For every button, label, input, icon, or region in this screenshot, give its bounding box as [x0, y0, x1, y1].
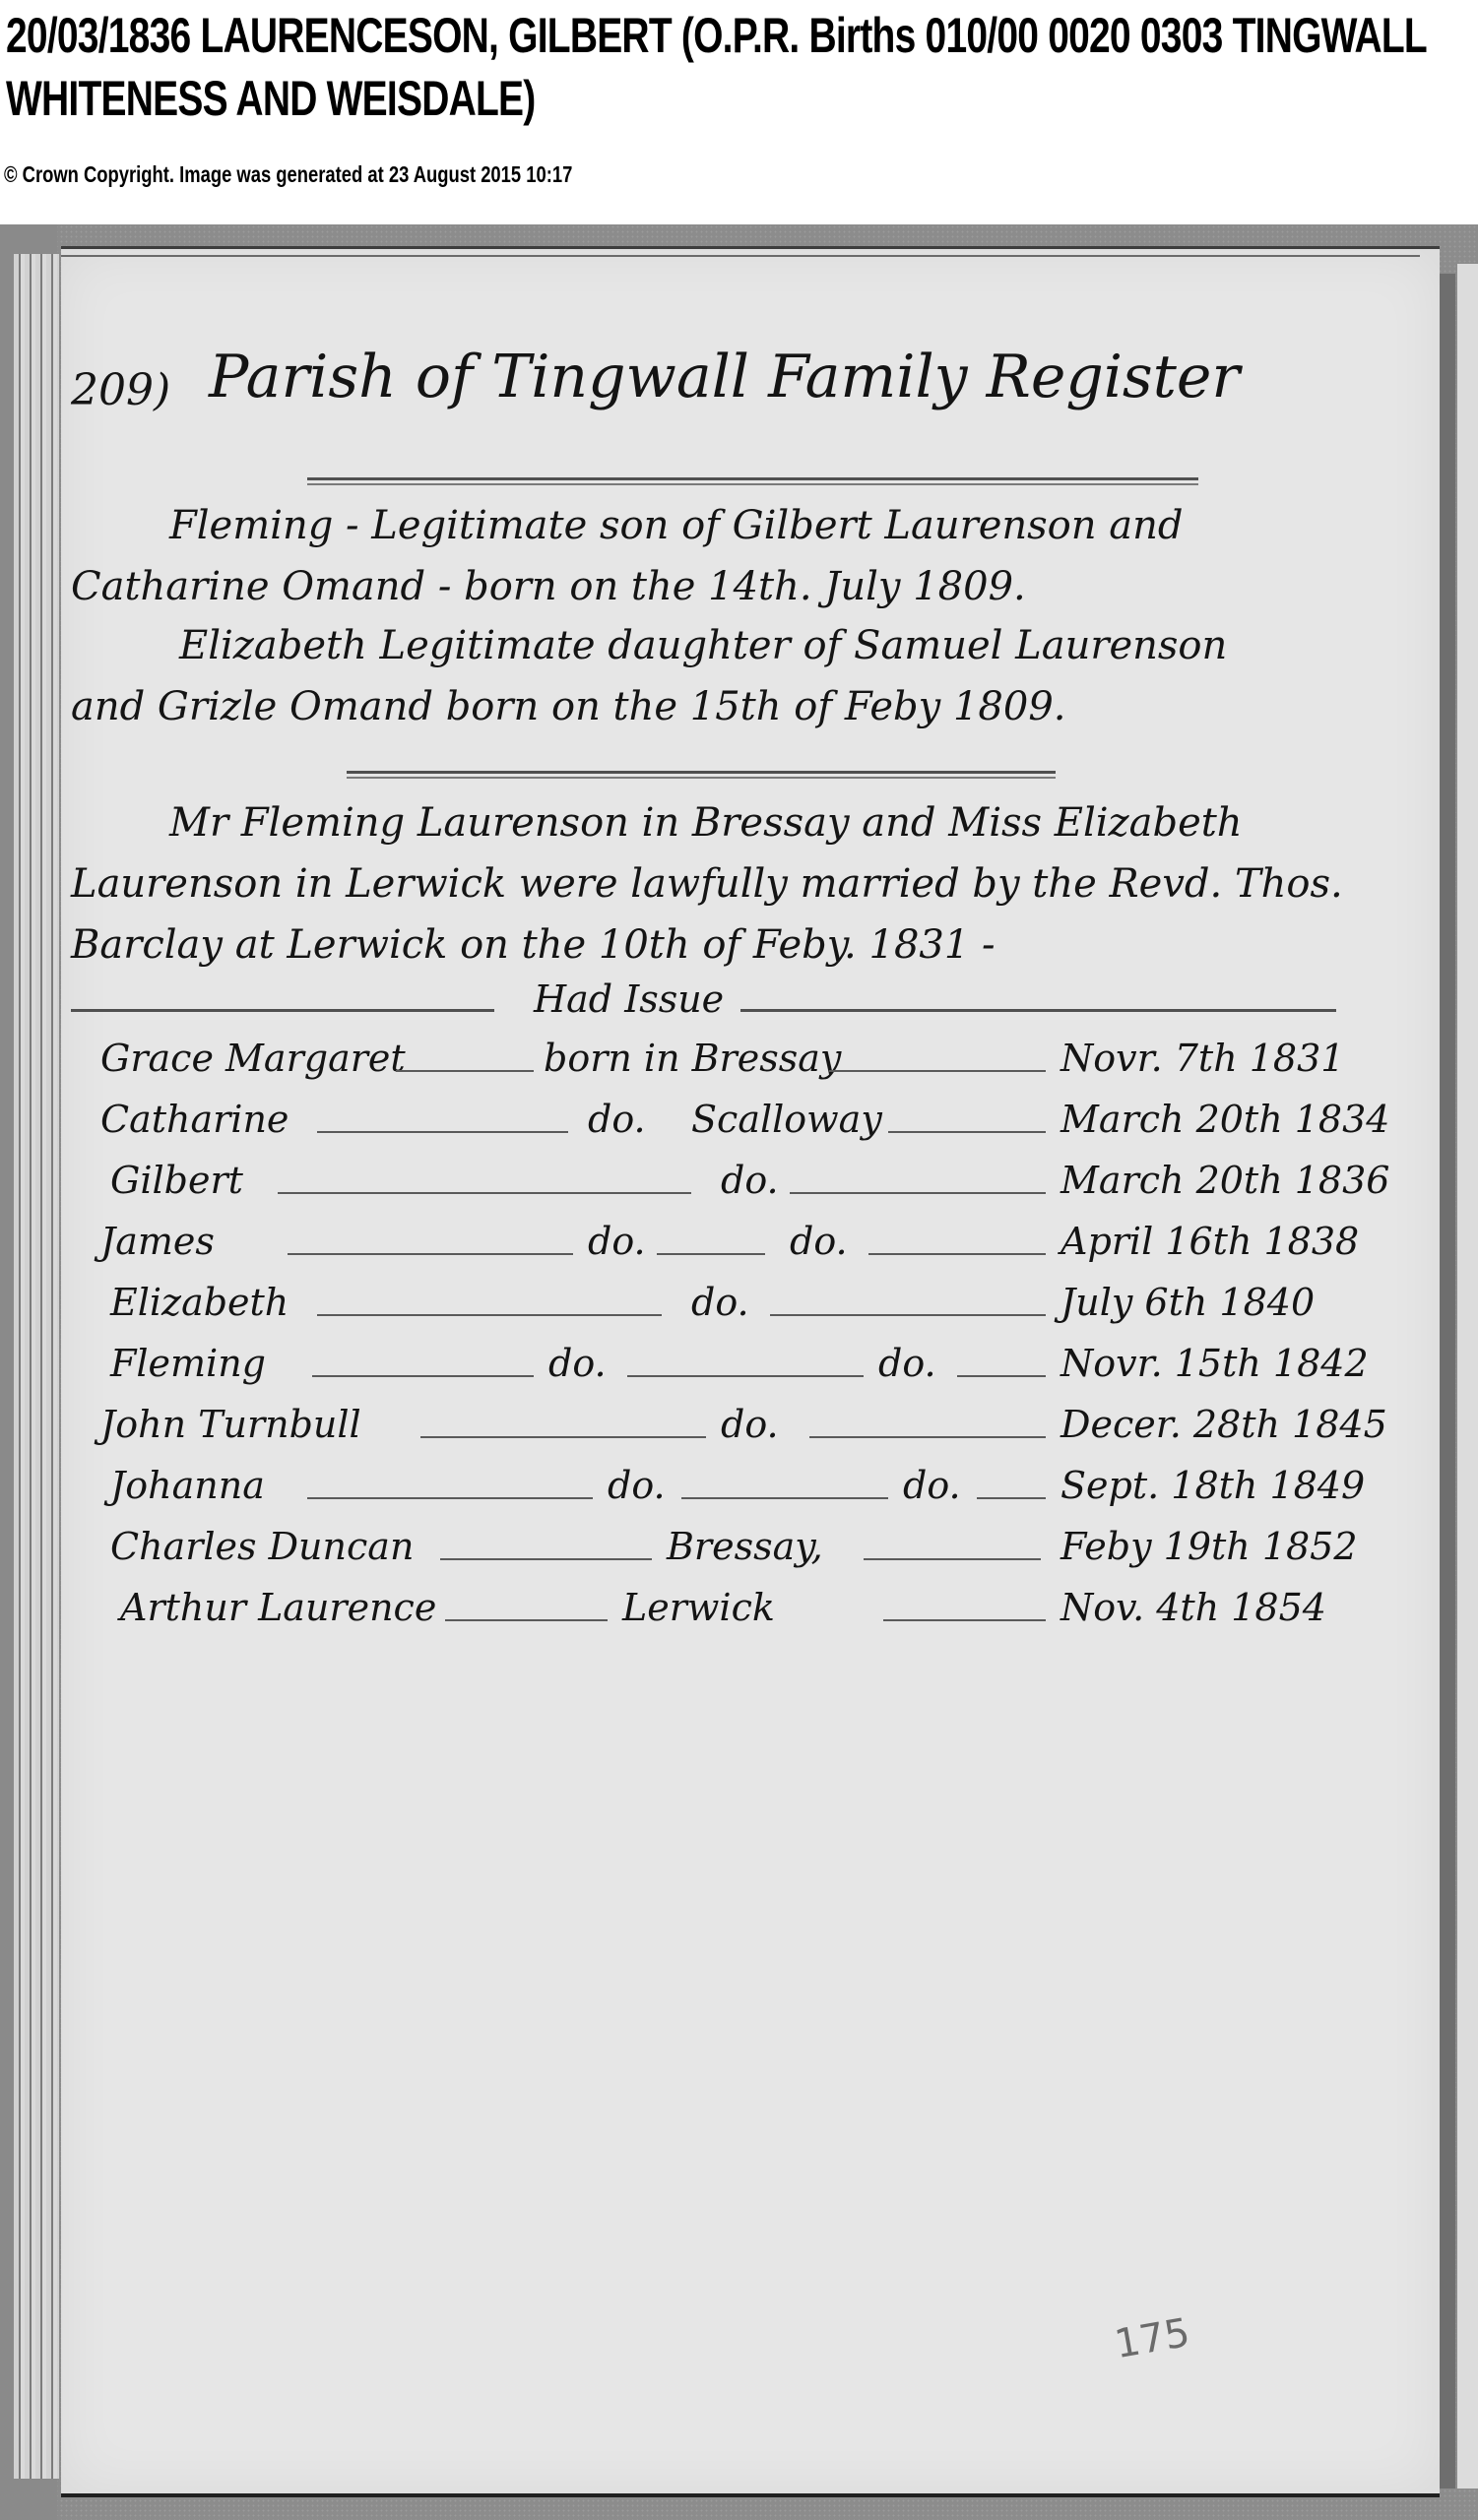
facing-page-edge [1457, 264, 1478, 2488]
issue-divider-right [740, 1009, 1336, 1012]
child-date: Nov. 4th 1854 [1060, 1586, 1326, 1629]
child-row: John Turnbull do. Decer. 28th 1845 [100, 1403, 1390, 1458]
parents-entry-line: Fleming - Legitimate son of Gilbert Laur… [169, 503, 1183, 548]
leader-line [420, 1436, 706, 1438]
leader-line [307, 1497, 593, 1499]
leader-line [317, 1314, 662, 1316]
parents-divider [347, 771, 1056, 779]
leader-line [396, 1070, 534, 1072]
record-title: 20/03/1836 LAURENCESON, GILBERT (O.P.R. … [6, 4, 1427, 130]
child-name: Gilbert [110, 1159, 243, 1202]
child-row: Elizabeth do. July 6th 1840 [100, 1281, 1390, 1336]
leader-line [868, 1253, 1046, 1255]
child-place: do. [903, 1464, 961, 1507]
child-name: Catharine [100, 1098, 289, 1141]
leader-line [288, 1253, 573, 1255]
leader-line [445, 1619, 608, 1621]
child-place: do. [588, 1220, 646, 1263]
leader-line [790, 1192, 1046, 1194]
record-header: 20/03/1836 LAURENCESON, GILBERT (O.P.R. … [0, 0, 1478, 224]
child-place: Lerwick [622, 1586, 775, 1629]
leader-line [883, 1619, 1046, 1621]
pencil-page-number: 175 [1112, 2310, 1193, 2368]
leader-line [829, 1070, 1046, 1072]
child-date: March 20th 1836 [1060, 1159, 1389, 1202]
child-row: Arthur Laurence Lerwick Nov. 4th 1854 [100, 1586, 1390, 1641]
child-date: Decer. 28th 1845 [1060, 1403, 1387, 1446]
child-name: Grace Margaret [100, 1037, 406, 1080]
child-row: Catharine do. Scalloway March 20th 1834 [100, 1098, 1390, 1153]
child-place: do. [548, 1342, 607, 1385]
leader-line [864, 1558, 1041, 1560]
child-place: Bressay, [667, 1525, 823, 1568]
leader-line [317, 1131, 568, 1133]
child-name: Arthur Laurence [120, 1586, 436, 1629]
issue-heading: Had Issue [534, 977, 724, 1021]
child-date: July 6th 1840 [1060, 1281, 1315, 1324]
child-name: Charles Duncan [110, 1525, 414, 1568]
child-place: do. [790, 1220, 848, 1263]
child-row: Fleming do. do. Novr. 15th 1842 [100, 1342, 1390, 1397]
folio-number: 209) [71, 365, 170, 415]
child-name: James [100, 1220, 215, 1263]
leader-line [770, 1314, 1046, 1316]
child-place: born in Bressay [544, 1037, 841, 1080]
child-name: Fleming [110, 1342, 266, 1385]
child-date: April 16th 1838 [1060, 1220, 1359, 1263]
register-page: 209) Parish of Tingwall Family Register … [61, 246, 1440, 2497]
heading-divider [307, 477, 1198, 485]
child-place: do. [588, 1098, 646, 1141]
leader-line [681, 1497, 888, 1499]
marriage-entry-line: Laurenson in Lerwick were lawfully marri… [71, 861, 1343, 907]
child-row: Johanna do. do. Sept. 18th 1849 [100, 1464, 1390, 1519]
leader-line [809, 1436, 1046, 1438]
child-place: do. [721, 1403, 779, 1446]
leader-line [657, 1253, 765, 1255]
child-place: do. [691, 1281, 749, 1324]
child-date: March 20th 1834 [1060, 1098, 1389, 1141]
issue-divider-left [71, 1009, 494, 1012]
child-place: do. [608, 1464, 666, 1507]
leader-line [440, 1558, 652, 1560]
child-date: Novr. 15th 1842 [1060, 1342, 1369, 1385]
child-row: Grace Margaret born in Bressay Novr. 7th… [100, 1037, 1390, 1092]
page-top-rule [61, 255, 1420, 257]
marriage-entry-line: Barclay at Lerwick on the 10th of Feby. … [71, 922, 996, 968]
child-name: John Turnbull [100, 1403, 361, 1446]
child-name: Johanna [110, 1464, 265, 1507]
leader-line [278, 1192, 691, 1194]
parents-entry-line: Elizabeth Legitimate daughter of Samuel … [179, 623, 1227, 668]
parents-entry-line: and Grizle Omand born on the 15th of Feb… [71, 684, 1066, 729]
register-scan: 209) Parish of Tingwall Family Register … [0, 224, 1478, 2520]
leader-line [312, 1375, 534, 1377]
leader-line [627, 1375, 864, 1377]
parents-entry-line: Catharine Omand - born on the 14th. July… [71, 564, 1026, 609]
child-row: James do. do. April 16th 1838 [100, 1220, 1390, 1275]
binding-shadow [1440, 274, 1455, 2488]
child-place: do. [721, 1159, 779, 1202]
leader-line [888, 1131, 1046, 1133]
child-date: Sept. 18th 1849 [1060, 1464, 1365, 1507]
child-row: Gilbert do. March 20th 1836 [100, 1159, 1390, 1214]
child-place: Scalloway [691, 1098, 882, 1141]
child-name: Elizabeth [110, 1281, 289, 1324]
child-date: Novr. 7th 1831 [1060, 1037, 1344, 1080]
page-stack-edge [14, 254, 59, 2479]
leader-line [957, 1375, 1046, 1377]
child-date: Feby 19th 1852 [1060, 1525, 1358, 1568]
copyright-notice: © Crown Copyright. Image was generated a… [4, 161, 792, 188]
child-row: Charles Duncan Bressay, Feby 19th 1852 [100, 1525, 1390, 1580]
leader-line [977, 1497, 1046, 1499]
register-heading: Parish of Tingwall Family Register [209, 343, 1240, 411]
marriage-entry-line: Mr Fleming Laurenson in Bressay and Miss… [169, 800, 1243, 846]
child-place: do. [878, 1342, 936, 1385]
